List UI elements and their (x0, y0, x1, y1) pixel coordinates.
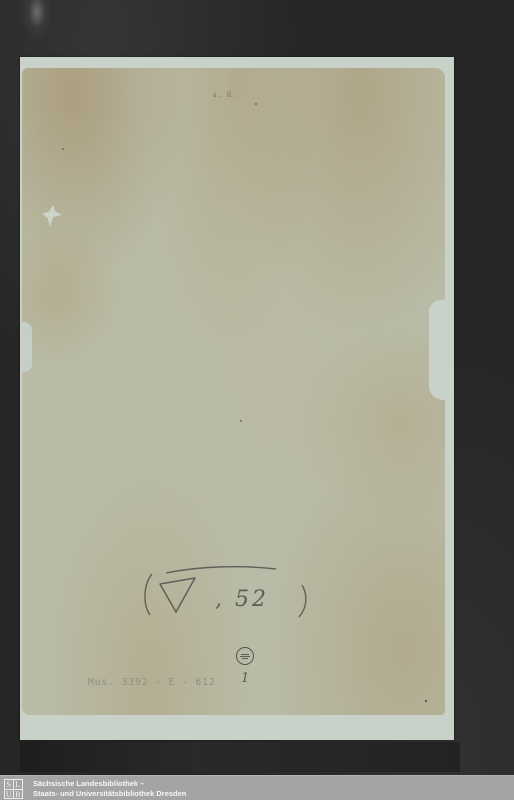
stain-speck (425, 700, 427, 702)
pencil-shelfmark-text: , 52 (215, 587, 269, 612)
institution-line-2: Staats- und Universitätsbibliothek Dresd… (33, 789, 186, 799)
slub-logo-icon[interactable]: S L U B (4, 779, 23, 799)
pencil-shelfmark: , 52 (140, 560, 310, 622)
top-initials: a. R. (213, 90, 238, 99)
library-stamp-icon (236, 647, 254, 665)
stain-speck (255, 103, 257, 105)
folio-number: 1 (241, 671, 249, 686)
page-shadow (20, 742, 460, 772)
stamp-line (241, 654, 249, 655)
paper-tear-left (22, 322, 32, 372)
stain-speck (240, 420, 242, 422)
logo-letter: S (5, 780, 14, 790)
institution-line-1: Sächsische Landesbibliothek – (33, 779, 186, 789)
binding-clip (22, 0, 52, 40)
call-number: Mus. 3392 - E - 612 (88, 677, 216, 688)
logo-letter: B (14, 790, 23, 799)
stamp-line (242, 658, 248, 659)
logo-letter: U (5, 790, 14, 799)
footer-bar: S L U B Sächsische Landesbibliothek – St… (0, 775, 514, 800)
logo-letter: L (14, 780, 23, 790)
institution-name: Sächsische Landesbibliothek – Staats- un… (33, 779, 186, 798)
paper-tear-right (429, 300, 447, 400)
stain-speck (62, 148, 64, 150)
stamp-line (240, 656, 250, 657)
